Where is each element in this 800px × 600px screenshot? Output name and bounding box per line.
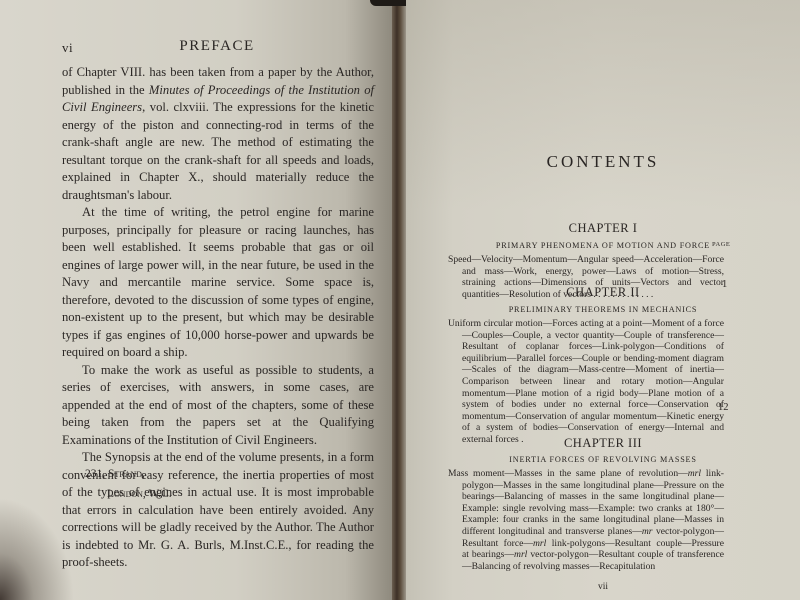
running-title: PREFACE — [62, 38, 372, 55]
book-gutter — [392, 0, 406, 600]
entry-text: Mass moment—Masses in the same plane of … — [448, 468, 688, 479]
chapter-2-entry: Uniform circular motion—Forces acting at… — [448, 318, 724, 446]
contents-title: CONTENTS — [406, 152, 800, 172]
page-column-label: PAGE — [712, 241, 730, 248]
chapter-1-heading: CHAPTER I — [406, 221, 800, 236]
right-folio: vii — [406, 582, 800, 592]
left-running-head: vi PREFACE — [62, 40, 372, 58]
paragraph-text: , vol. clxviii. The expressions for the … — [62, 100, 374, 202]
preface-paragraph: To make the work as useful as possible t… — [62, 362, 374, 450]
preface-paragraph: At the time of writing, the petrol engin… — [62, 204, 374, 362]
chapter-1-subtitle: PRIMARY PHENOMENA OF MOTION AND FORCE — [406, 241, 800, 250]
entry-symbol: mrl — [533, 538, 546, 549]
chapter-3-entry: Mass moment—Masses in the same plane of … — [448, 468, 724, 572]
address-line-1: 231, Strand, — [85, 464, 172, 484]
chapter-2-subtitle: PRELIMINARY THEOREMS IN MECHANICS — [406, 305, 800, 314]
chapter-2-page-number: 12 — [718, 402, 729, 413]
entry-symbol: mrl — [514, 549, 527, 560]
preface-address: 231, Strand, London, W.C. — [85, 464, 172, 504]
chapter-3-heading: CHAPTER III — [406, 436, 800, 451]
entry-symbol: mr — [642, 526, 653, 537]
entry-symbol: mrl — [688, 468, 701, 479]
preface-paragraph: of Chapter VIII. has been taken from a p… — [62, 64, 374, 204]
address-line-2: London, W.C. — [85, 484, 172, 504]
chapter-2-heading: CHAPTER II — [406, 285, 800, 300]
open-book-spread: vi PREFACE of Chapter VIII. has been tak… — [0, 0, 800, 600]
chapter-3-subtitle: INERTIA FORCES OF REVOLVING MASSES — [406, 455, 800, 464]
